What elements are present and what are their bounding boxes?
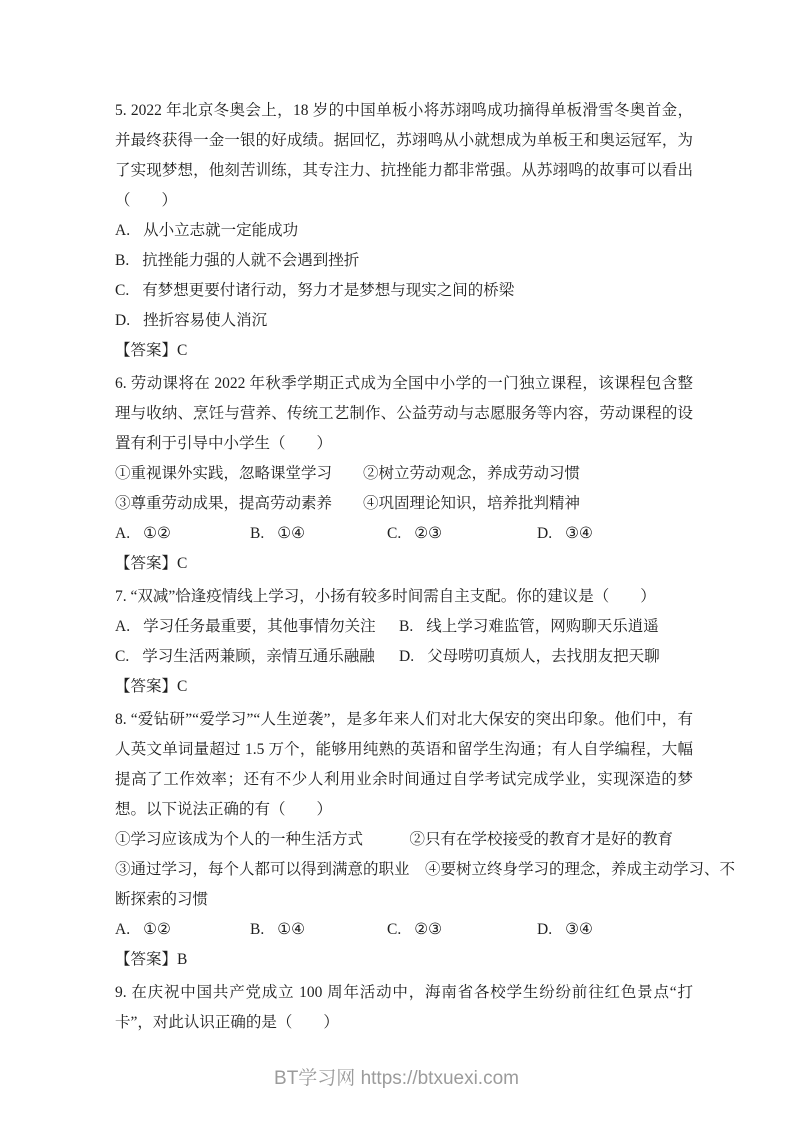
option-label: C.: [387, 921, 401, 938]
watermark-footer: BT学习网 https://btxuexi.com: [0, 1066, 793, 1092]
question-8: 8. “爱钻研”“爱学习”“人生逆袭”，是多年来人们对北大保安的突出印象。他们中…: [115, 705, 693, 975]
option-text: ①④: [277, 921, 305, 938]
option-label: B.: [250, 921, 264, 938]
option-text: 抗挫能力强的人就不会遇到挫折: [142, 252, 359, 269]
option-label: B.: [250, 525, 264, 542]
option-text: 学习生活两兼顾，亲情互通乐融融: [142, 648, 375, 665]
question-7-option-b: B.线上学习难监管，网购聊天乐逍遥: [399, 612, 693, 642]
question-7: 7. “双减”恰逢疫情线上学习，小扬有较多时间需自主支配。你的建议是（ ） A.…: [115, 582, 693, 702]
question-5-option-b: B.抗挫能力强的人就不会遇到挫折: [115, 246, 693, 276]
option-text: 线上学习难监管，网购聊天乐逍遥: [426, 618, 659, 635]
question-8-statements-line-1: ①学习应该成为个人的一种生活方式 ②只有在学校接受的教育才是好的教育: [115, 825, 693, 855]
question-6-options: A.①② B.①④ C.②③ D.③④: [115, 519, 693, 549]
question-6-option-a: A.①②: [115, 519, 250, 549]
question-8-option-c: C.②③: [387, 915, 537, 945]
option-label: A.: [115, 222, 130, 239]
option-text: 有梦想更要付诸行动，努力才是梦想与现实之间的桥梁: [142, 282, 514, 299]
question-6-statements-line-1: ①重视课外实践，忽略课堂学习 ②树立劳动观念，养成劳动习惯: [115, 459, 693, 489]
question-7-stem: 7. “双减”恰逢疫情线上学习，小扬有较多时间需自主支配。你的建议是（ ）: [115, 582, 693, 612]
question-7-option-a: A.学习任务最重要，其他事情勿关注: [115, 612, 399, 642]
question-6-option-c: C.②③: [387, 519, 537, 549]
site-watermark-text: BT学习网 https://btxuexi.com: [274, 1068, 519, 1089]
option-label: D.: [537, 525, 552, 542]
option-text: ①②: [143, 525, 171, 542]
question-5-options: A.从小立志就一定能成功 B.抗挫能力强的人就不会遇到挫折 C.有梦想更要付诸行…: [115, 216, 693, 336]
question-6: 6. 劳动课将在 2022 年秋季学期正式成为全国中小学的一门独立课程，该课程包…: [115, 369, 693, 579]
option-label: D.: [115, 312, 130, 329]
question-7-answer: 【答案】C: [115, 672, 693, 702]
option-text: 父母唠叨真烦人，去找朋友把天聊: [427, 648, 660, 665]
question-6-answer: 【答案】C: [115, 549, 693, 579]
question-6-option-b: B.①④: [250, 519, 387, 549]
question-5-option-d: D.挫折容易使人消沉: [115, 306, 693, 336]
question-8-statements-line-2: ③通过学习，每个人都可以得到满意的职业 ④要树立终身学习的理念，养成主动学习、不: [115, 855, 693, 885]
question-5-stem: 5. 2022 年北京冬奥会上，18 岁的中国单板小将苏翊鸣成功摘得单板滑雪冬奥…: [115, 96, 693, 216]
option-text: ①④: [277, 525, 305, 542]
question-6-statements-line-2: ③尊重劳动成果，提高劳动素养 ④巩固理论知识，培养批判精神: [115, 489, 693, 519]
option-label: C.: [115, 282, 129, 299]
question-5-option-c: C.有梦想更要付诸行动，努力才是梦想与现实之间的桥梁: [115, 276, 693, 306]
option-text: ②③: [414, 525, 442, 542]
question-7-options: A.学习任务最重要，其他事情勿关注 B.线上学习难监管，网购聊天乐逍遥 C.学习…: [115, 612, 693, 672]
question-8-answer: 【答案】B: [115, 945, 693, 975]
question-8-option-b: B.①④: [250, 915, 387, 945]
option-label: B.: [399, 618, 413, 635]
option-label: A.: [115, 525, 130, 542]
option-label: B.: [115, 252, 129, 269]
option-label: D.: [399, 648, 414, 665]
question-8-stem: 8. “爱钻研”“爱学习”“人生逆袭”，是多年来人们对北大保安的突出印象。他们中…: [115, 705, 693, 825]
question-7-option-c: C.学习生活两兼顾，亲情互通乐融融: [115, 642, 399, 672]
option-text: ①②: [143, 921, 171, 938]
question-8-option-d: D.③④: [537, 915, 693, 945]
question-5: 5. 2022 年北京冬奥会上，18 岁的中国单板小将苏翊鸣成功摘得单板滑雪冬奥…: [115, 96, 693, 366]
option-label: A.: [115, 618, 130, 635]
question-5-option-a: A.从小立志就一定能成功: [115, 216, 693, 246]
question-7-option-d: D.父母唠叨真烦人，去找朋友把天聊: [399, 642, 693, 672]
option-text: ②③: [414, 921, 442, 938]
question-8-statements-line-3: 断探索的习惯: [115, 885, 693, 915]
option-text: ③④: [565, 525, 593, 542]
exam-page-content: 5. 2022 年北京冬奥会上，18 岁的中国单板小将苏翊鸣成功摘得单板滑雪冬奥…: [115, 96, 693, 1041]
option-label: D.: [537, 921, 552, 938]
question-8-option-a: A.①②: [115, 915, 250, 945]
option-label: A.: [115, 921, 130, 938]
option-text: 挫折容易使人消沉: [143, 312, 267, 329]
question-8-options: A.①② B.①④ C.②③ D.③④: [115, 915, 693, 945]
option-text: 从小立志就一定能成功: [143, 222, 298, 239]
option-text: ③④: [565, 921, 593, 938]
question-9: 9. 在庆祝中国共产党成立 100 周年活动中，海南省各校学生纷纷前往红色景点“…: [115, 978, 693, 1038]
question-5-answer: 【答案】C: [115, 336, 693, 366]
question-6-option-d: D.③④: [537, 519, 693, 549]
question-9-stem: 9. 在庆祝中国共产党成立 100 周年活动中，海南省各校学生纷纷前往红色景点“…: [115, 978, 693, 1038]
option-label: C.: [387, 525, 401, 542]
question-6-stem: 6. 劳动课将在 2022 年秋季学期正式成为全国中小学的一门独立课程，该课程包…: [115, 369, 693, 459]
option-text: 学习任务最重要，其他事情勿关注: [143, 618, 376, 635]
option-label: C.: [115, 648, 129, 665]
